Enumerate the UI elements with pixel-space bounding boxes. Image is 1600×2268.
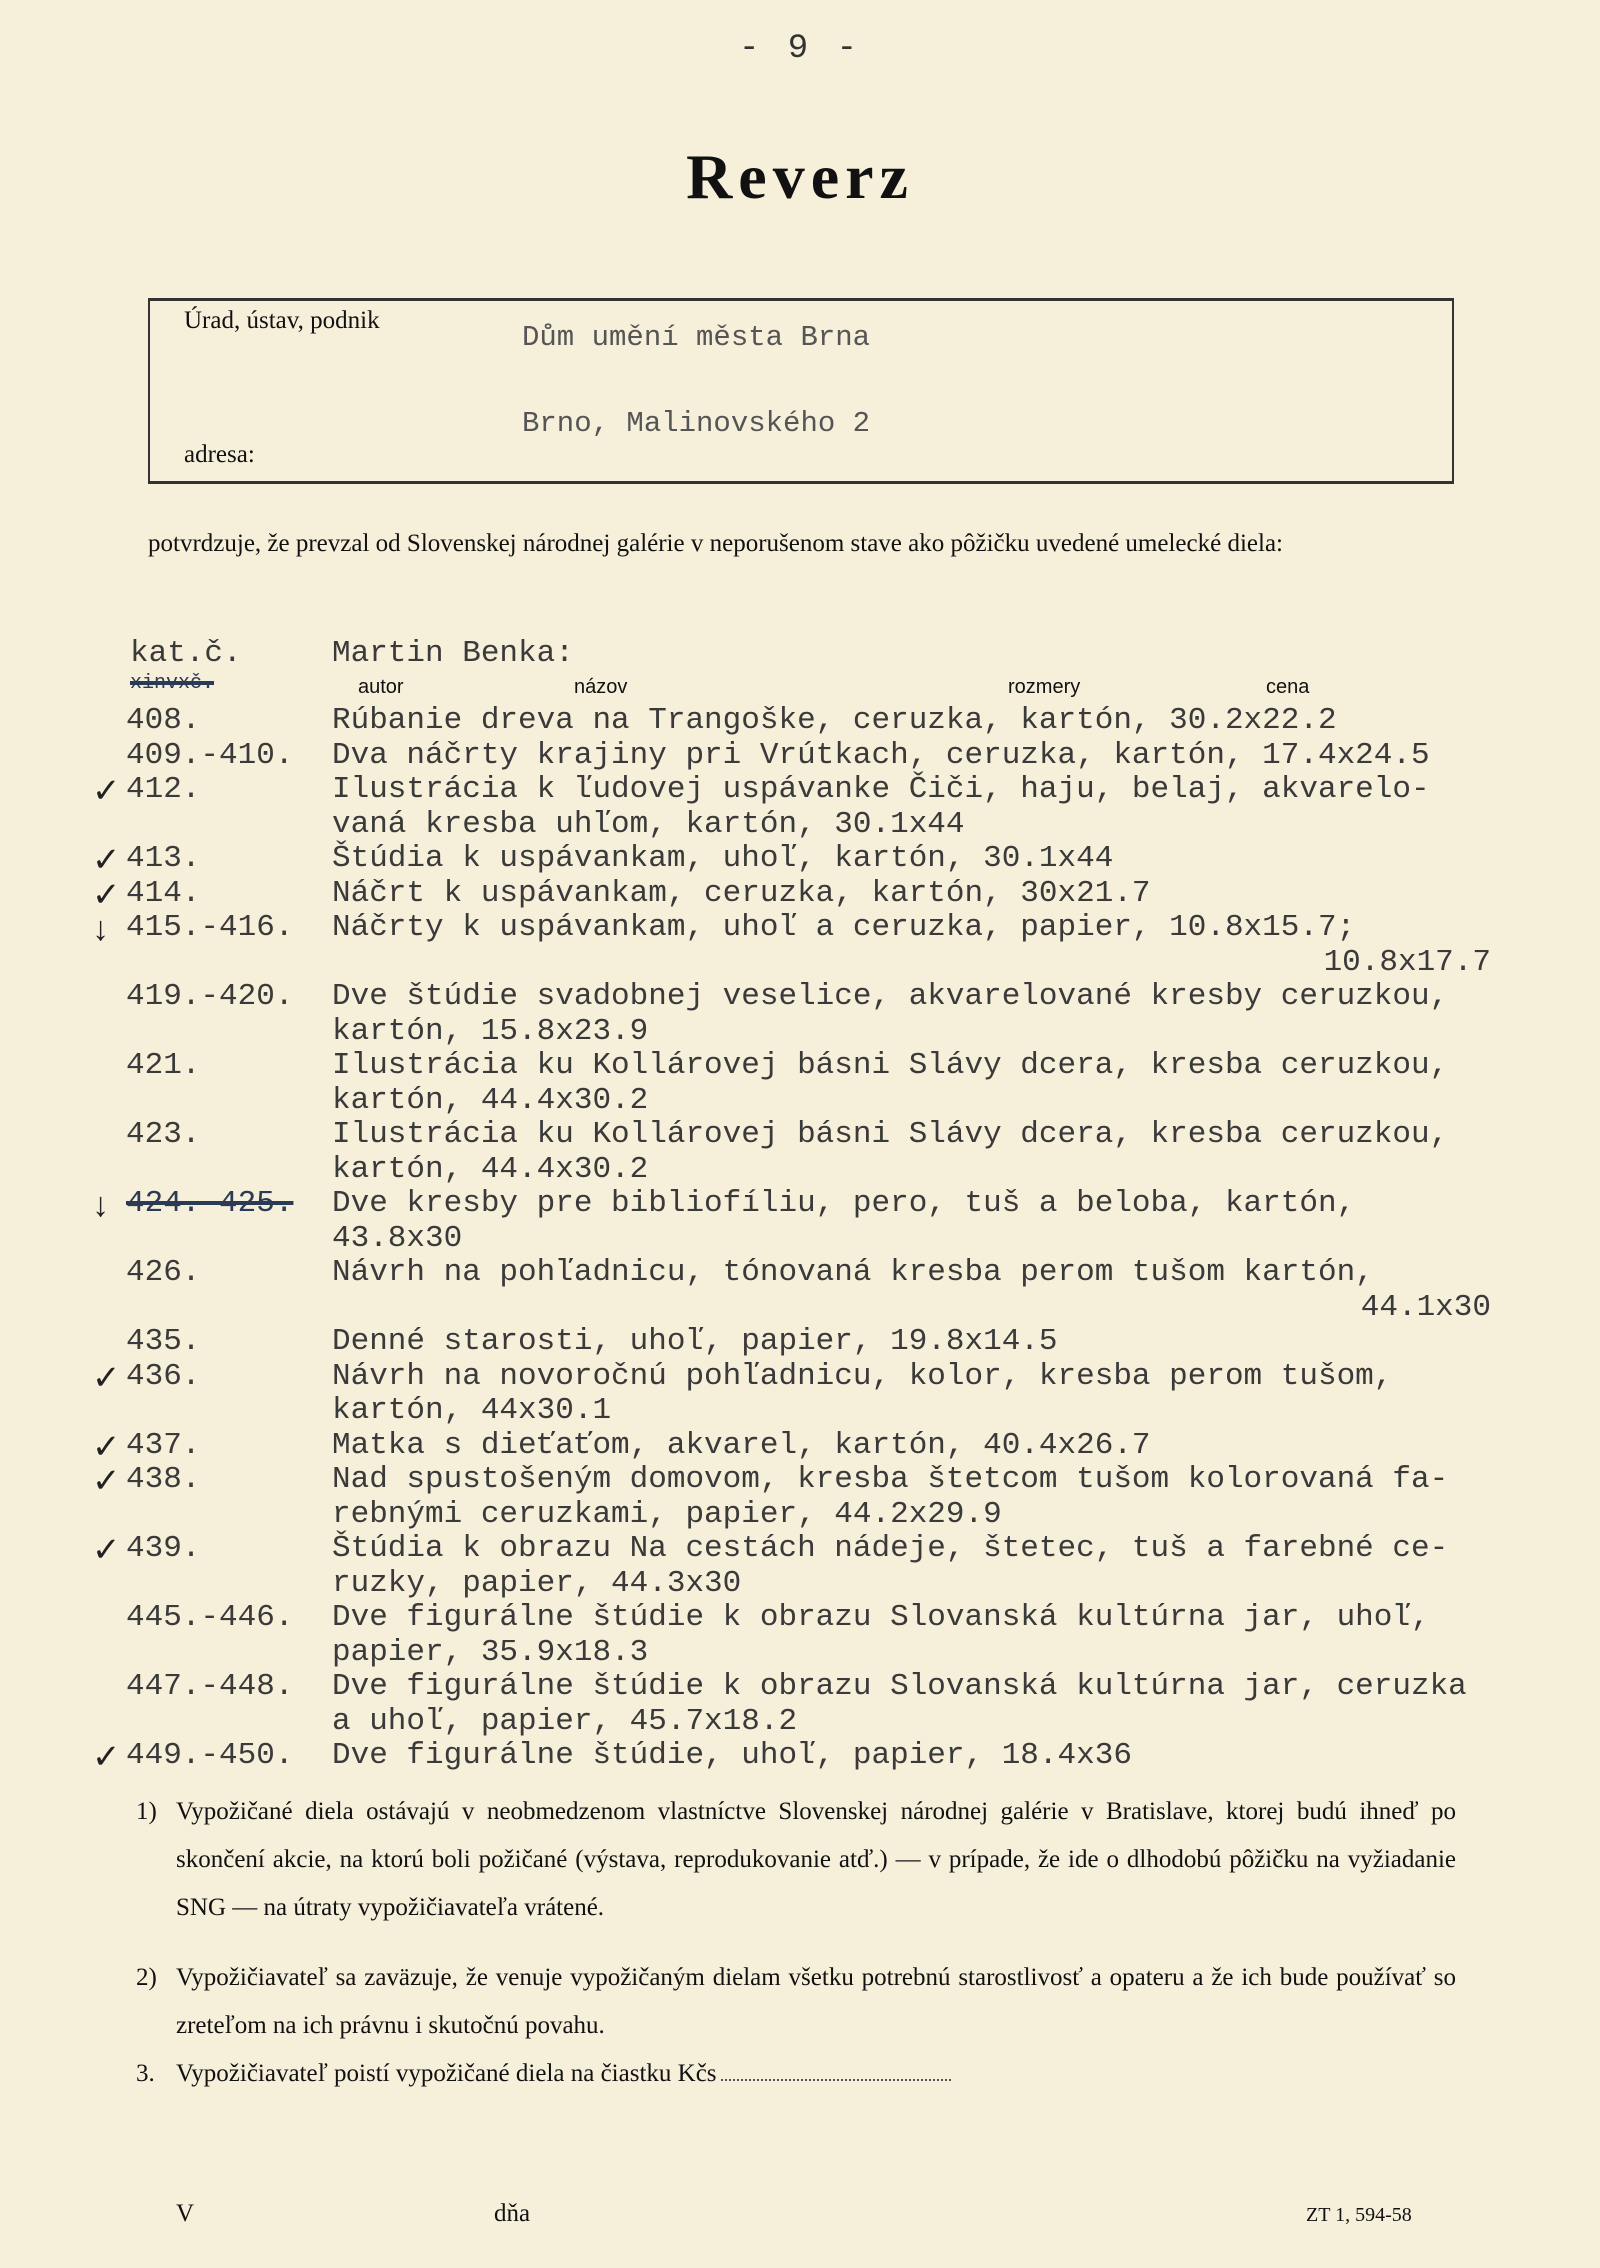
author-name: Martin Benka:: [332, 636, 574, 671]
catalog-item: ✓438.Nad spustošeným domovom, kresba šte…: [126, 1463, 1586, 1532]
item-description: Náčrty k uspávankam, uhoľ a ceruzka, pap…: [332, 911, 1586, 980]
catalog-item: 447.-448.Dve figurálne štúdie k obrazu S…: [126, 1670, 1586, 1739]
term-number: 3.: [136, 2050, 176, 2098]
catalog-number: 449.-450.: [126, 1739, 332, 1774]
catalog-item: 426.Návrh na pohľadnicu, tónovaná kresba…: [126, 1256, 1586, 1325]
catalog-item: ✓439.Štúdia k obrazu Na cestách nádeje, …: [126, 1532, 1586, 1601]
catalog-number: 419.-420.: [126, 980, 332, 1049]
item-description: Dva náčrty krajiny pri Vrútkach, ceruzka…: [332, 739, 1586, 774]
catalog-number: 438.: [126, 1463, 332, 1532]
checkmark-icon: ✓: [92, 1741, 121, 1776]
description-line: Štúdia k uspávankam, uhoľ, kartón, 30.1x…: [332, 842, 1586, 877]
description-line: Matka s dieťaťom, akvarel, kartón, 40.4x…: [332, 1429, 1586, 1464]
item-description: Návrh na novoročnú pohľadnicu, kolor, kr…: [332, 1360, 1586, 1429]
description-line: Dve štúdie svadobnej veselice, akvarelov…: [332, 980, 1586, 1015]
column-author: autor: [358, 676, 404, 699]
catalog-item: 445.-446.Dve figurálne štúdie k obrazu S…: [126, 1601, 1586, 1670]
checkmark-icon: ✓: [92, 1362, 121, 1397]
description-line: Návrh na novoročnú pohľadnicu, kolor, kr…: [332, 1360, 1586, 1395]
catalog-item: ↓415.-416.Náčrty k uspávankam, uhoľ a ce…: [126, 911, 1586, 980]
catalog-item: ✓412.Ilustrácia k ľudovej uspávanke Čiči…: [126, 773, 1586, 842]
item-description: Dve figurálne štúdie k obrazu Slovanská …: [332, 1670, 1586, 1739]
catalog-item: 419.-420.Dve štúdie svadobnej veselice, …: [126, 980, 1586, 1049]
term-text: Vypožičiavateľ poistí vypožičané diela n…: [176, 2060, 717, 2087]
catalog-number: 436.: [126, 1360, 332, 1429]
column-price: cena: [1266, 676, 1309, 699]
description-line: Nad spustošeným domovom, kresba štetcom …: [332, 1463, 1586, 1498]
description-line: 43.8x30: [332, 1222, 1586, 1257]
form-code: ZT 1, 594-58: [1306, 2204, 1412, 2227]
catalog-number: 424.-425.: [126, 1187, 332, 1256]
address-label: adresa:: [184, 441, 255, 469]
term-number: 1): [136, 1788, 176, 1932]
catalog-number: 435.: [126, 1325, 332, 1360]
catalog-item: ↓424.-425.Dve kresby pre bibliofíliu, pe…: [126, 1187, 1586, 1256]
item-description: Náčrt k uspávankam, ceruzka, kartón, 30x…: [332, 877, 1586, 912]
checkmark-icon: ✓: [92, 879, 121, 914]
catalog-number: 439.: [126, 1532, 332, 1601]
catalog-item: ✓436.Návrh na novoročnú pohľadnicu, kolo…: [126, 1360, 1586, 1429]
arrow-mark-icon: ↓: [92, 913, 109, 948]
description-line: kartón, 44.4x30.2: [332, 1153, 1586, 1188]
institution-label: Úrad, ústav, podnik: [184, 307, 380, 335]
catalog-number: 413.: [126, 842, 332, 877]
catalog-number: 409.-410.: [126, 739, 332, 774]
terms: 1)Vypožičané diela ostávajú v neobmedzen…: [136, 1788, 1456, 2098]
checkmark-icon: ✓: [92, 844, 121, 879]
item-description: Ilustrácia ku Kollárovej básni Slávy dce…: [332, 1118, 1586, 1187]
description-line: vaná kresba uhľom, kartón, 30.1x44: [332, 808, 1586, 843]
address-value: Brno, Malinovského 2: [522, 407, 870, 440]
description-line: ruzky, papier, 44.3x30: [332, 1567, 1586, 1602]
catalog-number: 437.: [126, 1429, 332, 1464]
description-line: Rúbanie dreva na Trangoške, ceruzka, kar…: [332, 704, 1586, 739]
description-line: papier, 35.9x18.3: [332, 1636, 1586, 1671]
term-item: 2)Vypožičiavateľ sa zaväzuje, že venuje …: [136, 1954, 1456, 2050]
struck-inv-label: xinvxč.: [130, 672, 214, 695]
catalog-number: 421.: [126, 1049, 332, 1118]
description-line: Dva náčrty krajiny pri Vrútkach, ceruzka…: [332, 739, 1586, 774]
catalog-item: ✓413.Štúdia k uspávankam, uhoľ, kartón, …: [126, 842, 1586, 877]
catalog-item: 435.Denné starosti, uhoľ, papier, 19.8x1…: [126, 1325, 1586, 1360]
term-item: 3.Vypožičiavateľ poistí vypožičané diela…: [136, 2050, 1456, 2098]
item-list: 408.Rúbanie dreva na Trangoške, ceruzka,…: [126, 704, 1586, 1774]
catalog-number: 423.: [126, 1118, 332, 1187]
item-description: Ilustrácia k ľudovej uspávanke Čiči, haj…: [332, 773, 1586, 842]
checkmark-icon: ✓: [92, 775, 121, 810]
document-title: Reverz: [0, 140, 1600, 214]
item-description: Dve štúdie svadobnej veselice, akvarelov…: [332, 980, 1586, 1049]
intro-paragraph: potvrdzuje, že prevzal od Slovenskej nár…: [148, 520, 1468, 568]
checkmark-icon: ✓: [92, 1465, 121, 1500]
description-line: Náčrty k uspávankam, uhoľ a ceruzka, pap…: [332, 911, 1586, 946]
description-line: Dve kresby pre bibliofíliu, pero, tuš a …: [332, 1187, 1586, 1222]
description-line: Ilustrácia k ľudovej uspávanke Čiči, haj…: [332, 773, 1586, 808]
catalog-number: 408.: [126, 704, 332, 739]
catalog-item: ✓437.Matka s dieťaťom, akvarel, kartón, …: [126, 1429, 1586, 1464]
description-line: Dve figurálne štúdie k obrazu Slovanská …: [332, 1670, 1586, 1705]
term-item: 1)Vypožičané diela ostávajú v neobmedzen…: [136, 1788, 1456, 1932]
date-label: dňa: [494, 2200, 530, 2228]
address-box: Úrad, ústav, podnik Dům umění města Brna…: [148, 298, 1454, 484]
description-line: Náčrt k uspávankam, ceruzka, kartón, 30x…: [332, 877, 1586, 912]
catalog-item: 423.Ilustrácia ku Kollárovej básni Slávy…: [126, 1118, 1586, 1187]
catalog-number: 412.: [126, 773, 332, 842]
item-description: Návrh na pohľadnicu, tónovaná kresba per…: [332, 1256, 1586, 1325]
insurance-amount-blank: [721, 2061, 951, 2081]
description-line: Ilustrácia ku Kollárovej básni Slávy dce…: [332, 1049, 1586, 1084]
catalog-item: ✓414.Náčrt k uspávankam, ceruzka, kartón…: [126, 877, 1586, 912]
description-line: 44.1x30: [332, 1291, 1586, 1326]
item-description: Dve kresby pre bibliofíliu, pero, tuš a …: [332, 1187, 1586, 1256]
catalog-number: 445.-446.: [126, 1601, 332, 1670]
description-line: Dve figurálne štúdie, uhoľ, papier, 18.4…: [332, 1739, 1586, 1774]
description-line: a uhoľ, papier, 45.7x18.2: [332, 1705, 1586, 1740]
description-line: kartón, 15.8x23.9: [332, 1015, 1586, 1050]
description-line: Ilustrácia ku Kollárovej básni Slávy dce…: [332, 1118, 1586, 1153]
page-number: - 9 -: [0, 30, 1600, 68]
column-dimensions: rozmery: [1008, 676, 1080, 699]
column-title: názov: [574, 676, 627, 699]
catalog-item: ✓449.-450.Dve figurálne štúdie, uhoľ, pa…: [126, 1739, 1586, 1774]
description-line: Návrh na pohľadnicu, tónovaná kresba per…: [332, 1256, 1586, 1291]
kat-label: kat.č.: [130, 636, 242, 671]
item-description: Štúdia k obrazu Na cestách nádeje, štete…: [332, 1532, 1586, 1601]
checkmark-icon: ✓: [92, 1431, 121, 1466]
catalog-number: 447.-448.: [126, 1670, 332, 1739]
term-number: 2): [136, 1954, 176, 2050]
description-line: kartón, 44x30.1: [332, 1394, 1586, 1429]
catalog-number: 414.: [126, 877, 332, 912]
term-text: Vypožičané diela ostávajú v neobmedzenom…: [176, 1798, 1456, 1921]
checkmark-icon: ✓: [92, 1534, 121, 1569]
item-description: Dve figurálne štúdie, uhoľ, papier, 18.4…: [332, 1739, 1586, 1774]
description-line: rebnými ceruzkami, papier, 44.2x29.9: [332, 1498, 1586, 1533]
place-label: V: [176, 2200, 194, 2228]
catalog-item: 408.Rúbanie dreva na Trangoške, ceruzka,…: [126, 704, 1586, 739]
item-description: Denné starosti, uhoľ, papier, 19.8x14.5: [332, 1325, 1586, 1360]
catalog-item: 421.Ilustrácia ku Kollárovej básni Slávy…: [126, 1049, 1586, 1118]
arrow-mark-icon: ↓: [92, 1189, 109, 1224]
item-description: Štúdia k uspávankam, uhoľ, kartón, 30.1x…: [332, 842, 1586, 877]
item-description: Matka s dieťaťom, akvarel, kartón, 40.4x…: [332, 1429, 1586, 1464]
description-line: Denné starosti, uhoľ, papier, 19.8x14.5: [332, 1325, 1586, 1360]
catalog-number: 426.: [126, 1256, 332, 1325]
catalog-number: 415.-416.: [126, 911, 332, 980]
item-description: Nad spustošeným domovom, kresba štetcom …: [332, 1463, 1586, 1532]
term-text: Vypožičiavateľ sa zaväzuje, že venuje vy…: [176, 1964, 1456, 2039]
institution-value: Dům umění města Brna: [522, 321, 870, 354]
description-line: 10.8x17.7: [332, 946, 1586, 981]
item-description: Rúbanie dreva na Trangoške, ceruzka, kar…: [332, 704, 1586, 739]
catalog-item: 409.-410.Dva náčrty krajiny pri Vrútkach…: [126, 739, 1586, 774]
item-description: Dve figurálne štúdie k obrazu Slovanská …: [332, 1601, 1586, 1670]
description-line: Dve figurálne štúdie k obrazu Slovanská …: [332, 1601, 1586, 1636]
description-line: Štúdia k obrazu Na cestách nádeje, štete…: [332, 1532, 1586, 1567]
item-description: Ilustrácia ku Kollárovej básni Slávy dce…: [332, 1049, 1586, 1118]
description-line: kartón, 44.4x30.2: [332, 1084, 1586, 1119]
